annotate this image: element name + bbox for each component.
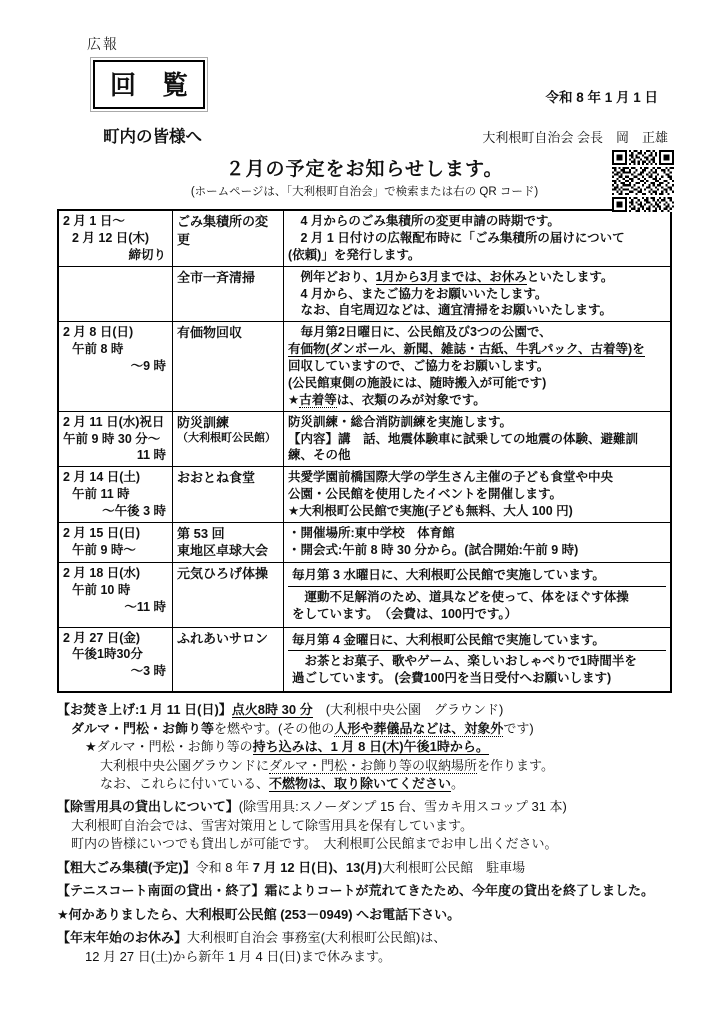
date-line: 午前 11 時 [63, 486, 168, 503]
salutation: 町内の皆様へ [103, 123, 202, 147]
event-detail-cell: 毎月第 4 金曜日に、大利根町公民館で実施しています。 お茶とお菓子、歌やゲーム… [284, 627, 672, 692]
text-segment: 例年どおり、 [288, 270, 376, 284]
date-line: 午前 8 時 [63, 341, 168, 358]
note-heading: 【お焚き上げ:1 月 11 日(日)】 [57, 702, 232, 717]
detail-subcell: お茶とお菓子、歌やゲーム、楽しいおしゃべりで1時間半を 過ごしています。 (会費… [288, 650, 666, 689]
date-cell: 2 月 11 日(水)祝日 午前 9 時 30 分～ 11 時 [58, 411, 173, 467]
event-detail-cell: 4 月からのごみ集積所の変更申請の時期です。 2 月 1 日付けの広報配布時に「… [284, 210, 672, 266]
note-tennis-court: 【テニスコート南面の貸出・終了】霜によりコートが荒れてきたため、今年度の貸出を終… [57, 882, 677, 900]
note-line: ★ダルマ・門松・お飾り等の持ち込みは、1 月 8 日(木)午後1時から。 [57, 738, 677, 756]
kairan-circulation-box: 回 覧 [93, 60, 205, 109]
table-row-bousai: 2 月 11 日(水)祝日 午前 9 時 30 分～ 11 時 防災訓練 （大利… [58, 411, 671, 467]
detail-subcell: 運動不足解消のため、道具などを使って、体をほぐす体操 をしています。 （会費は、… [288, 586, 666, 625]
note-otakiage: 【お焚き上げ:1 月 11 日(日)】点火8時 30 分 (大利根中央公園 グラ… [57, 701, 677, 793]
text-segment: (除雪用具:スノーダンプ 15 台、雪カキ用スコップ 31 本) [239, 799, 567, 814]
date-line: 午前 9 時 30 分～ [63, 431, 168, 448]
detail-line: 共愛学園前橋国際大学の学生さん主催の子ども食堂や中央 [288, 469, 666, 486]
event-title-sub: （大利根町公民館） [177, 431, 279, 446]
note-line: 大利根町自治会では、雪害対策用として除雪用具を保有しています。 [57, 817, 677, 835]
date-line: 午前 9 時～ [63, 542, 168, 559]
underlined-text: 持ち込みは、1 月 8 日(木)午後1時から。 [253, 739, 489, 755]
date-line: 2 月 1 日～ [63, 213, 168, 230]
event-title-cell: ごみ集積所の変更 [173, 210, 284, 266]
event-title-cell: ふれあいサロン [173, 627, 284, 692]
table-row-gomi: 2 月 1 日～ 2 月 12 日(木) 締切り ごみ集積所の変更 4 月からの… [58, 210, 671, 266]
detail-line: 2 月 1 日付けの広報配布時に「ごみ集積所の届けについて [288, 230, 666, 247]
detail-line: ★大利根町公民館で実施(子ども無料、大人 100 円) [288, 503, 666, 520]
detail-line: ・開会式:午前 8 時 30 分から。(試合開始:午前 9 時) [288, 542, 666, 559]
text-segment: なお、これらに付いている、 [100, 776, 269, 791]
date-line: 締切り [63, 247, 168, 264]
note-nenmatsu-holiday: 【年末年始のお休み】大利根町自治会 事務室(大利根町公民館)は、 12 月 27… [57, 929, 677, 966]
table-row-salon: 2 月 27 日(金) 午後1時30分 ～3 時 ふれあいサロン 毎月第 4 金… [58, 627, 671, 692]
date-line: 2 月 11 日(水)祝日 [63, 414, 168, 431]
text-segment: を作ります。 [477, 758, 554, 773]
event-title: 第 53 回 [177, 525, 279, 543]
note-line: 大利根中央公園グラウンドにダルマ・門松・お飾り等の収納場所を作ります。 [57, 757, 677, 775]
bold-text: ダルマ・門松・お飾り等 [71, 721, 214, 736]
date-line: 2 月 18 日(水) [63, 565, 168, 582]
event-detail-cell: 毎月第 3 水曜日に、大利根町公民館で実施しています。 運動不足解消のため、道具… [284, 562, 672, 627]
event-title-cell: 防災訓練 （大利根町公民館） [173, 411, 284, 467]
event-title-cell: 有価物回収 [173, 322, 284, 411]
text-segment: 大利根町公民館 駐車場 [382, 860, 525, 875]
note-line: 【粗大ごみ集積(予定)】令和 8 年 7 月 12 日(日)、13(月)大利根町… [57, 859, 677, 877]
underlined-text: 点火8時 30 分 [232, 702, 313, 718]
detail-line: 【内容】講 話、地震体験車に試乗しての地震の体験、避難訓 [288, 431, 666, 448]
table-row-taisou: 2 月 18 日(水) 午前 10 時 ～11 時 元気ひろげ体操 毎月第 3 … [58, 562, 671, 627]
detail-line: ★古着等は、衣類のみが対象です。 [288, 392, 666, 409]
note-heading: 【除雪用具の貸出しについて】 [57, 799, 239, 814]
note-heading: 【粗大ごみ集積(予定)】 [57, 860, 196, 875]
page-title: ２月の予定をお知らせします。 [57, 154, 672, 181]
note-line: ★何かありましたら、大利根町公民館 (253－0949) へお電話下さい。 [57, 906, 677, 924]
event-title: 防災訓練 [177, 414, 279, 432]
note-line: 12 月 27 日(土)から新年 1 月 4 日(日)まで休みます。 [57, 948, 677, 966]
event-detail-cell: 防災訓練・総合消防訓練を実施します。 【内容】講 話、地震体験車に試乗しての地震… [284, 411, 672, 467]
text-segment: 大利根町自治会 事務室(大利根町公民館)は、 [187, 930, 446, 945]
kouhou-label: 広報 [87, 34, 672, 54]
detail-line: お茶とお菓子、歌やゲーム、楽しいおしゃべりで1時間半を [292, 653, 662, 670]
detail-line: 回収していますので、ご協力をお願いします。 [288, 358, 666, 375]
event-title-cell: おおとね食堂 [173, 467, 284, 523]
note-line: 【年末年始のお休み】大利根町自治会 事務室(大利根町公民館)は、 [57, 929, 677, 947]
date-cell: 2 月 8 日(日) 午前 8 時 ～9 時 [58, 322, 173, 411]
newsletter-page: 広報 回 覧 令和 8 年 1 月 1 日 町内の皆様へ 大利根町自治会 会長 … [0, 0, 724, 1024]
text-segment: は、衣類のみが対象です。 [337, 393, 486, 407]
date-cell: 2 月 15 日(日) 午前 9 時～ [58, 522, 173, 562]
detail-line: ・開催場所:東中学校 体育館 [288, 525, 666, 542]
detail-subcell: 毎月第 4 金曜日に、大利根町公民館で実施しています。 [288, 630, 666, 651]
date-line: 2 月 27 日(金) [63, 630, 168, 647]
schedule-table: 2 月 1 日～ 2 月 12 日(木) 締切り ごみ集積所の変更 4 月からの… [57, 209, 672, 693]
detail-line: 4 月からのごみ集積所の変更申請の時期です。 [288, 213, 666, 230]
date-line: ～11 時 [63, 599, 168, 616]
salutation-row: 町内の皆様へ 大利根町自治会 会長 岡 正雄 [57, 123, 672, 147]
event-title: 全市一斉清掃 [177, 269, 279, 287]
text-segment: ★ダルマ・門松・お飾り等の [85, 739, 253, 754]
detail-line: (公民館東側の施設には、随時搬入が可能です) [288, 375, 666, 392]
event-title-line2: 東地区卓球大会 [177, 542, 279, 560]
date-cell: 2 月 27 日(金) 午後1時30分 ～3 時 [58, 627, 173, 692]
date-cell-empty [58, 266, 173, 322]
event-title: ごみ集積所の変更 [177, 213, 279, 248]
text-segment: 大利根中央公園グラウンドに [100, 758, 269, 773]
note-sodaigomi: 【粗大ごみ集積(予定)】令和 8 年 7 月 12 日(日)、13(月)大利根町… [57, 859, 677, 877]
event-title: 有価物回収 [177, 324, 279, 342]
event-title: おおとね食堂 [177, 469, 279, 487]
event-title-cell: 第 53 回 東地区卓球大会 [173, 522, 284, 562]
event-detail-cell: 共愛学園前橋国際大学の学生さん主催の子ども食堂や中央 公園・公民館を使用したイベ… [284, 467, 672, 523]
date-line: 2 月 15 日(日) [63, 525, 168, 542]
date-line: ～3 時 [63, 663, 168, 680]
underlined-text: 有価物(ダンボール、新聞、雑誌・古紙、牛乳パック、古着等)を [288, 342, 645, 357]
text-segment: です) [503, 721, 533, 736]
note-contact-phone: ★何かありましたら、大利根町公民館 (253－0949) へお電話下さい。 [57, 906, 677, 924]
detail-line: をしています。 （会費は、100円です。） [292, 606, 662, 623]
date-line: ～9 時 [63, 358, 168, 375]
detail-line: 例年どおり、1月から3月までは、お休みといたします。 [288, 269, 666, 286]
date-line: 午前 10 時 [63, 582, 168, 599]
note-line: 【お焚き上げ:1 月 11 日(日)】点火8時 30 分 (大利根中央公園 グラ… [57, 701, 677, 719]
event-title: ふれあいサロン [177, 630, 279, 648]
qr-code-icon [612, 150, 674, 212]
table-row-seisou: 全市一斉清掃 例年どおり、1月から3月までは、お休みといたします。 4 月から、… [58, 266, 671, 322]
detail-subcell: 毎月第 3 水曜日に、大利根町公民館で実施しています。 [288, 565, 666, 586]
notes-section: 【お焚き上げ:1 月 11 日(日)】点火8時 30 分 (大利根中央公園 グラ… [57, 701, 677, 966]
detail-line: 4 月から、またご協力をお願いいたします。 [288, 286, 666, 303]
date-cell: 2 月 14 日(土) 午前 11 時 ～午後 3 時 [58, 467, 173, 523]
detail-line: 有価物(ダンボール、新聞、雑誌・古紙、牛乳パック、古着等)を [288, 341, 666, 358]
page-subtitle: (ホームページは、「大利根町自治会」で検索または右の QR コード) [57, 183, 672, 199]
detail-line: なお、自宅周辺などは、適宜清掃をお願いいたします。 [288, 302, 666, 319]
underlined-text: 不燃物は、取り除いてください [269, 776, 451, 792]
detail-line: 練、その他 [288, 447, 666, 464]
note-heading: 【年末年始のお休み】 [57, 930, 187, 945]
date-line: ～午後 3 時 [63, 503, 168, 520]
note-line: 町内の皆様にいつでも貸出しが可能です。 大利根町公民館までお申し出ください。 [57, 835, 677, 853]
star-marker: ★ [288, 393, 299, 407]
table-row-shokudou: 2 月 14 日(土) 午前 11 時 ～午後 3 時 おおとね食堂 共愛学園前… [58, 467, 671, 523]
dotted-underlined-text: 古着等 [299, 393, 337, 408]
date-cell: 2 月 1 日～ 2 月 12 日(木) 締切り [58, 210, 173, 266]
text-segment: 令和 8 年 [196, 860, 253, 875]
issue-date: 令和 8 年 1 月 1 日 [545, 86, 658, 106]
note-line: 【テニスコート南面の貸出・終了】霜によりコートが荒れてきたため、今年度の貸出を終… [57, 882, 677, 900]
table-row-yuukabutsu: 2 月 8 日(日) 午前 8 時 ～9 時 有価物回収 毎月第2日曜日に、公民… [58, 322, 671, 411]
bold-text: 7 月 12 日(日)、13(月) [253, 860, 382, 875]
event-detail-cell: ・開催場所:東中学校 体育館 ・開会式:午前 8 時 30 分から。(試合開始:… [284, 522, 672, 562]
detail-line: 防災訓練・総合消防訓練を実施します。 [288, 414, 666, 431]
date-line: 2 月 8 日(日) [63, 324, 168, 341]
table-row-takkyuu: 2 月 15 日(日) 午前 9 時～ 第 53 回 東地区卓球大会 ・開催場所… [58, 522, 671, 562]
author-line: 大利根町自治会 会長 岡 正雄 [482, 127, 668, 146]
date-line: 2 月 12 日(木) [63, 230, 168, 247]
underlined-text: 1月から3月までは、お休み [376, 270, 527, 285]
kairan-label: 回 覧 [110, 70, 188, 100]
text-segment: (大利根中央公園 グラウンド) [313, 702, 504, 717]
detail-line: 公園・公民館を使用したイベントを開催します。 [288, 486, 666, 503]
event-detail-cell: 例年どおり、1月から3月までは、お休みといたします。 4 月から、またご協力をお… [284, 266, 672, 322]
text-segment: といたします。 [527, 270, 614, 284]
date-line: 午後1時30分 [63, 646, 168, 663]
date-cell: 2 月 18 日(水) 午前 10 時 ～11 時 [58, 562, 173, 627]
dotted-underlined-text: 人形や葬儀品などは、対象外 [334, 721, 503, 737]
date-line: 11 時 [63, 447, 168, 464]
note-line: 【除雪用具の貸出しについて】(除雪用具:スノーダンプ 15 台、雪カキ用スコップ… [57, 798, 677, 816]
detail-line: 運動不足解消のため、道具などを使って、体をほぐす体操 [292, 589, 662, 606]
note-line: ダルマ・門松・お飾り等を燃やす。(その他の人形や葬儀品などは、対象外です) [57, 720, 677, 738]
detail-line: 毎月第2日曜日に、公民館及び3つの公園で、 [288, 324, 666, 341]
event-title-cell: 元気ひろげ体操 [173, 562, 284, 627]
text-segment: 。 [451, 776, 464, 791]
detail-line: (依頼)」を発行します。 [288, 247, 666, 264]
detail-line: 過ごしています。 (会費100円を当日受付へお願いします) [292, 670, 662, 687]
text-segment: を燃やす。(その他の [214, 721, 334, 736]
date-line: 2 月 14 日(土) [63, 469, 168, 486]
event-detail-cell: 毎月第2日曜日に、公民館及び3つの公園で、 有価物(ダンボール、新聞、雑誌・古紙… [284, 322, 672, 411]
note-josetsu: 【除雪用具の貸出しについて】(除雪用具:スノーダンプ 15 台、雪カキ用スコップ… [57, 798, 677, 853]
event-title: 元気ひろげ体操 [177, 565, 279, 583]
dotted-underlined-text: ダルマ・門松・お飾り等の収納場所 [269, 758, 477, 774]
note-line: なお、これらに付いている、不燃物は、取り除いてください。 [57, 775, 677, 793]
event-title-cell: 全市一斉清掃 [173, 266, 284, 322]
